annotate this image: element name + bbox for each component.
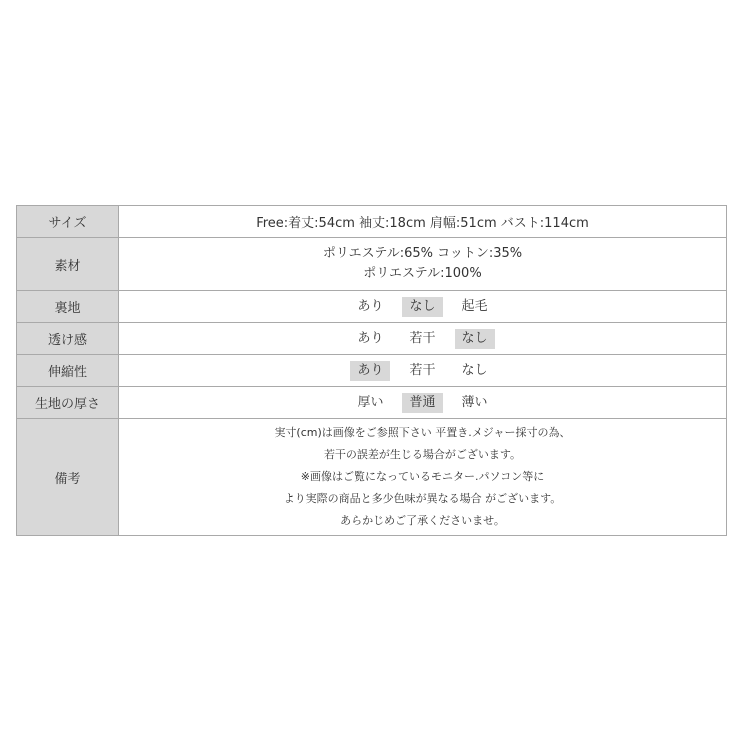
lining-option: 起毛 bbox=[455, 297, 495, 317]
thickness-option: 薄い bbox=[455, 393, 495, 413]
value-thickness: 厚い 普通 薄い bbox=[119, 387, 727, 419]
label-material: 素材 bbox=[17, 238, 119, 291]
product-spec-table: サイズ Free:着丈:54cm 袖丈:18cm 肩幅:51cm バスト:114… bbox=[16, 205, 727, 536]
value-sheerness: あり 若干 なし bbox=[119, 323, 727, 355]
value-remarks: 実寸(cm)は画像をご参照下さい 平置き.メジャー採寸の為、 若干の誤差が生じる… bbox=[119, 419, 727, 536]
sheerness-option-selected: なし bbox=[455, 329, 495, 349]
label-remarks: 備考 bbox=[17, 419, 119, 536]
value-size: Free:着丈:54cm 袖丈:18cm 肩幅:51cm バスト:114cm bbox=[119, 206, 727, 238]
value-material: ポリエステル:65% コットン:35% ポリエステル:100% bbox=[119, 238, 727, 291]
label-sheerness: 透け感 bbox=[17, 323, 119, 355]
stretch-option-selected: あり bbox=[350, 361, 390, 381]
thickness-option: 厚い bbox=[350, 393, 390, 413]
remarks-line: 若干の誤差が生じる場合がございます。 bbox=[119, 444, 726, 466]
stretch-option: なし bbox=[455, 361, 495, 381]
row-stretch: 伸縮性 あり 若干 なし bbox=[17, 355, 727, 387]
row-thickness: 生地の厚さ 厚い 普通 薄い bbox=[17, 387, 727, 419]
material-line: ポリエステル:100% bbox=[119, 264, 726, 284]
sheerness-option: 若干 bbox=[402, 329, 442, 349]
remarks-line: ※画像はご覧になっているモニター.パソコン等に bbox=[119, 466, 726, 488]
thickness-option-selected: 普通 bbox=[402, 393, 442, 413]
lining-option-selected: なし bbox=[402, 297, 442, 317]
lining-option: あり bbox=[350, 297, 390, 317]
row-sheerness: 透け感 あり 若干 なし bbox=[17, 323, 727, 355]
label-size: サイズ bbox=[17, 206, 119, 238]
row-lining: 裏地 あり なし 起毛 bbox=[17, 291, 727, 323]
row-material: 素材 ポリエステル:65% コットン:35% ポリエステル:100% bbox=[17, 238, 727, 291]
value-lining: あり なし 起毛 bbox=[119, 291, 727, 323]
remarks-line: 実寸(cm)は画像をご参照下さい 平置き.メジャー採寸の為、 bbox=[119, 422, 726, 444]
row-remarks: 備考 実寸(cm)は画像をご参照下さい 平置き.メジャー採寸の為、 若干の誤差が… bbox=[17, 419, 727, 536]
label-thickness: 生地の厚さ bbox=[17, 387, 119, 419]
row-size: サイズ Free:着丈:54cm 袖丈:18cm 肩幅:51cm バスト:114… bbox=[17, 206, 727, 238]
value-stretch: あり 若干 なし bbox=[119, 355, 727, 387]
stretch-option: 若干 bbox=[402, 361, 442, 381]
sheerness-option: あり bbox=[350, 329, 390, 349]
label-stretch: 伸縮性 bbox=[17, 355, 119, 387]
remarks-line: より実際の商品と多少色味が異なる場合 がございます。 bbox=[119, 488, 726, 510]
label-lining: 裏地 bbox=[17, 291, 119, 323]
material-line: ポリエステル:65% コットン:35% bbox=[119, 244, 726, 264]
remarks-line: あらかじめご了承くださいませ。 bbox=[119, 510, 726, 532]
